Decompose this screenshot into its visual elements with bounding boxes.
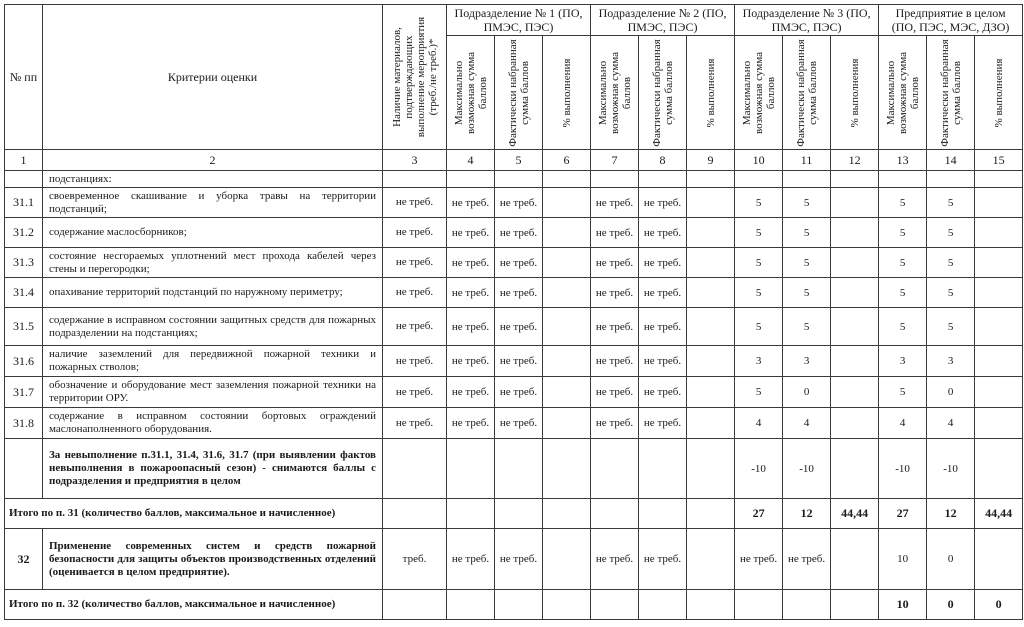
score-cell: -10: [927, 439, 975, 499]
total-cell: 10: [879, 590, 927, 620]
header-actual-score-text: Фактически набранная сумма баллов: [507, 39, 531, 147]
header-row-groups: № пп Критерии оценки Наличие материалов,…: [5, 5, 1023, 36]
materials-cell: не треб.: [383, 308, 447, 346]
total-cell: 0: [927, 590, 975, 620]
total-cell: [495, 590, 543, 620]
score-cell: не треб.: [591, 346, 639, 377]
score-cell: не треб.: [447, 408, 495, 439]
total-cell: [495, 499, 543, 529]
score-cell: 5: [879, 308, 927, 346]
score-cell: 3: [927, 346, 975, 377]
score-cell: 5: [735, 308, 783, 346]
score-cell: 5: [735, 218, 783, 248]
table-row: 31.4опахивание территорий подстанций по …: [5, 278, 1023, 308]
score-cell: не треб.: [447, 377, 495, 408]
score-cell: не треб.: [639, 278, 687, 308]
row-number: 31.4: [5, 278, 43, 308]
score-cell: [543, 248, 591, 278]
total-cell: [383, 590, 447, 620]
score-cell: [975, 346, 1023, 377]
total-cell: [543, 590, 591, 620]
score-cell: [831, 308, 879, 346]
score-cell: [543, 308, 591, 346]
score-cell: [687, 439, 735, 499]
header-actual-score-text: Фактически набранная сумма баллов: [939, 39, 963, 147]
score-cell: [543, 408, 591, 439]
score-cell: 5: [927, 218, 975, 248]
score-cell: [543, 188, 591, 218]
score-cell: 5: [927, 188, 975, 218]
score-cell: не треб.: [639, 346, 687, 377]
score-cell: 5: [783, 308, 831, 346]
score-cell: [975, 377, 1023, 408]
score-cell: не треб.: [591, 248, 639, 278]
score-cell: не треб.: [783, 529, 831, 590]
score-cell: не треб.: [639, 308, 687, 346]
column-number: 6: [543, 150, 591, 171]
score-cell: не треб.: [639, 248, 687, 278]
row-number: 31.7: [5, 377, 43, 408]
score-cell: не треб.: [639, 188, 687, 218]
table-row-32: 32Применение современных систем и средст…: [5, 529, 1023, 590]
score-cell: не треб.: [447, 308, 495, 346]
score-cell: [687, 248, 735, 278]
header-max-score-text: Максимально возможная сумма баллов: [885, 39, 921, 147]
header-percent-complete-text: % выполнения: [705, 39, 717, 147]
score-cell: не треб.: [591, 529, 639, 590]
total-32-row: Итого по п. 32 (количество баллов, макси…: [5, 590, 1023, 620]
header-g1-percent-complete: % выполнения: [543, 36, 591, 150]
score-cell: [687, 408, 735, 439]
criteria-text: состояние несгораемых уплотнений мест пр…: [43, 248, 383, 278]
row-number: 31.3: [5, 248, 43, 278]
criteria-text: Применение современных систем и средств …: [43, 529, 383, 590]
criteria-text: содержание маслосборников;: [43, 218, 383, 248]
header-percent-complete-text: % выполнения: [561, 39, 573, 147]
score-cell: [687, 377, 735, 408]
header-g1-actual-score: Фактически набранная сумма баллов: [495, 36, 543, 150]
score-cell: 5: [927, 248, 975, 278]
score-cell: не треб.: [447, 346, 495, 377]
total-cell: [591, 499, 639, 529]
header-max-score-text: Максимально возможная сумма баллов: [453, 39, 489, 147]
total-cell: 0: [975, 590, 1023, 620]
score-cell: [495, 171, 543, 188]
header-g2-actual-score: Фактически набранная сумма баллов: [639, 36, 687, 150]
score-cell: [831, 278, 879, 308]
score-cell: [687, 188, 735, 218]
total-cell: [639, 499, 687, 529]
column-number: 11: [783, 150, 831, 171]
header-g4-actual-score: Фактически набранная сумма баллов: [927, 36, 975, 150]
column-number: 3: [383, 150, 447, 171]
materials-cell: не треб.: [383, 408, 447, 439]
materials-cell: не треб.: [383, 248, 447, 278]
total-cell: 27: [879, 499, 927, 529]
score-cell: [831, 529, 879, 590]
score-cell: не треб.: [495, 278, 543, 308]
score-cell: [831, 218, 879, 248]
score-cell: не треб.: [447, 218, 495, 248]
header-g3-max-score: Максимально возможная сумма баллов: [735, 36, 783, 150]
score-cell: 5: [879, 248, 927, 278]
score-cell: не треб.: [495, 408, 543, 439]
score-cell: не треб.: [591, 308, 639, 346]
column-numbers-row: 123456789101112131415: [5, 150, 1023, 171]
materials-cell: не треб.: [383, 346, 447, 377]
score-cell: 4: [879, 408, 927, 439]
materials-cell: не треб.: [383, 377, 447, 408]
criteria-text: За невыполнение п.31.1, 31.4, 31.6, 31.7…: [43, 439, 383, 499]
score-cell: [831, 188, 879, 218]
materials-cell: [383, 171, 447, 188]
score-cell: 4: [735, 408, 783, 439]
criteria-text: содержание в исправном состоянии бортовы…: [43, 408, 383, 439]
score-cell: [879, 171, 927, 188]
score-cell: не треб.: [495, 188, 543, 218]
score-cell: [543, 278, 591, 308]
header-col-no: № пп: [5, 5, 43, 150]
total-cell: [639, 590, 687, 620]
total-cell: [447, 499, 495, 529]
score-cell: [687, 308, 735, 346]
score-cell: [927, 171, 975, 188]
criteria-text: своевременное скашивание и уборка травы …: [43, 188, 383, 218]
score-cell: не треб.: [639, 377, 687, 408]
score-cell: 5: [783, 218, 831, 248]
score-cell: [687, 529, 735, 590]
row-number: 31.6: [5, 346, 43, 377]
materials-cell: [383, 439, 447, 499]
row-number: 32: [5, 529, 43, 590]
total-cell: [543, 499, 591, 529]
score-cell: [975, 308, 1023, 346]
score-cell: [831, 408, 879, 439]
score-cell: не треб.: [591, 408, 639, 439]
column-number: 1: [5, 150, 43, 171]
total-cell: [735, 590, 783, 620]
header-percent-complete-text: % выполнения: [849, 39, 861, 147]
criteria-text: обозначение и оборудование мест заземлен…: [43, 377, 383, 408]
column-number: 8: [639, 150, 687, 171]
table-row: 31.8содержание в исправном состоянии бор…: [5, 408, 1023, 439]
header-g3-percent-complete: % выполнения: [831, 36, 879, 150]
score-cell: 5: [879, 377, 927, 408]
header-g3-actual-score: Фактически набранная сумма баллов: [783, 36, 831, 150]
header-g4-max-score: Максимально возможная сумма баллов: [879, 36, 927, 150]
score-cell: [735, 171, 783, 188]
header-col-criteria: Критерии оценки: [43, 5, 383, 150]
score-cell: [975, 248, 1023, 278]
score-cell: не треб.: [495, 377, 543, 408]
score-cell: не треб.: [639, 408, 687, 439]
score-cell: [543, 439, 591, 499]
score-cell: [447, 171, 495, 188]
score-cell: не треб.: [735, 529, 783, 590]
score-cell: -10: [783, 439, 831, 499]
score-cell: [687, 346, 735, 377]
score-cell: 5: [735, 278, 783, 308]
score-cell: 5: [783, 188, 831, 218]
criteria-text: наличие заземлений для передвижной пожар…: [43, 346, 383, 377]
score-cell: 4: [927, 408, 975, 439]
total-cell: 44,44: [975, 499, 1023, 529]
total-cell: [831, 590, 879, 620]
total-label: Итого по п. 31 (количество баллов, макси…: [5, 499, 383, 529]
header-g2-max-score: Максимально возможная сумма баллов: [591, 36, 639, 150]
score-cell: 5: [927, 278, 975, 308]
header-group-2: Подразделение № 2 (ПО, ПМЭС, ПЭС): [591, 5, 735, 36]
column-number: 4: [447, 150, 495, 171]
evaluation-table: № пп Критерии оценки Наличие материалов,…: [4, 4, 1023, 620]
column-number: 9: [687, 150, 735, 171]
score-cell: 5: [879, 278, 927, 308]
score-cell: [543, 171, 591, 188]
materials-cell: не треб.: [383, 188, 447, 218]
table-row: подстанциях:: [5, 171, 1023, 188]
table-row: 31.2содержание маслосборников;не треб.не…: [5, 218, 1023, 248]
score-cell: [831, 439, 879, 499]
column-number: 14: [927, 150, 975, 171]
score-cell: [975, 529, 1023, 590]
score-cell: не треб.: [447, 529, 495, 590]
score-cell: 5: [735, 248, 783, 278]
score-cell: 5: [879, 188, 927, 218]
table-row: 31.6наличие заземлений для передвижной п…: [5, 346, 1023, 377]
score-cell: [543, 346, 591, 377]
score-cell: [543, 377, 591, 408]
total-31-row: Итого по п. 31 (количество баллов, макси…: [5, 499, 1023, 529]
total-cell: 44,44: [831, 499, 879, 529]
score-cell: [543, 529, 591, 590]
column-number: 15: [975, 150, 1023, 171]
score-cell: не треб.: [495, 218, 543, 248]
header-actual-score-text: Фактически набранная сумма баллов: [651, 39, 675, 147]
total-cell: [591, 590, 639, 620]
total-cell: 12: [927, 499, 975, 529]
score-cell: -10: [879, 439, 927, 499]
score-cell: [831, 377, 879, 408]
total-cell: [687, 590, 735, 620]
total-label: Итого по п. 32 (количество баллов, макси…: [5, 590, 383, 620]
score-cell: не треб.: [495, 308, 543, 346]
criteria-text: подстанциях:: [43, 171, 383, 188]
score-cell: не треб.: [495, 346, 543, 377]
header-max-score-text: Максимально возможная сумма баллов: [597, 39, 633, 147]
score-cell: не треб.: [495, 248, 543, 278]
column-number: 12: [831, 150, 879, 171]
score-cell: [831, 171, 879, 188]
score-cell: [687, 218, 735, 248]
score-cell: 5: [927, 308, 975, 346]
score-cell: 0: [927, 377, 975, 408]
total-cell: [687, 499, 735, 529]
header-max-score-text: Максимально возможная сумма баллов: [741, 39, 777, 147]
header-group-3: Подразделение № 3 (ПО, ПМЭС, ПЭС): [735, 5, 879, 36]
score-cell: 10: [879, 529, 927, 590]
score-cell: [495, 439, 543, 499]
score-cell: не треб.: [591, 377, 639, 408]
criteria-text: содержание в исправном состоянии защитны…: [43, 308, 383, 346]
row-number: [5, 439, 43, 499]
table-row: 31.3состояние несгораемых уплотнений мес…: [5, 248, 1023, 278]
score-cell: [975, 278, 1023, 308]
score-cell: 4: [783, 408, 831, 439]
score-cell: 3: [879, 346, 927, 377]
row-number: 31.2: [5, 218, 43, 248]
score-cell: [831, 248, 879, 278]
table-row: 31.5содержание в исправном состоянии защ…: [5, 308, 1023, 346]
header-col-materials: Наличие материалов, подтверждающих выпол…: [383, 5, 447, 150]
score-cell: -10: [735, 439, 783, 499]
score-cell: [591, 439, 639, 499]
score-cell: [975, 171, 1023, 188]
score-cell: [975, 188, 1023, 218]
score-cell: 5: [735, 377, 783, 408]
row-number: [5, 171, 43, 188]
score-cell: не треб.: [591, 188, 639, 218]
column-number: 5: [495, 150, 543, 171]
score-cell: [687, 278, 735, 308]
score-cell: [591, 171, 639, 188]
score-cell: [975, 408, 1023, 439]
header-g2-percent-complete: % выполнения: [687, 36, 735, 150]
score-cell: 3: [783, 346, 831, 377]
score-cell: [447, 439, 495, 499]
score-cell: [975, 439, 1023, 499]
score-cell: 3: [735, 346, 783, 377]
table-row: 31.7обозначение и оборудование мест зазе…: [5, 377, 1023, 408]
total-cell: [447, 590, 495, 620]
column-number: 7: [591, 150, 639, 171]
score-cell: [639, 439, 687, 499]
total-cell: 27: [735, 499, 783, 529]
score-cell: не треб.: [639, 529, 687, 590]
header-g4-percent-complete: % выполнения: [975, 36, 1023, 150]
score-cell: не треб.: [495, 529, 543, 590]
score-cell: 5: [783, 248, 831, 278]
total-cell: [783, 590, 831, 620]
criteria-text: опахивание территорий подстанций по нару…: [43, 278, 383, 308]
score-cell: не треб.: [447, 248, 495, 278]
header-g1-max-score: Максимально возможная сумма баллов: [447, 36, 495, 150]
header-col-materials-text: Наличие материалов, подтверждающих выпол…: [391, 7, 439, 147]
score-cell: не треб.: [639, 218, 687, 248]
row-number: 31.1: [5, 188, 43, 218]
score-cell: 5: [735, 188, 783, 218]
score-cell: [543, 218, 591, 248]
score-cell: [639, 171, 687, 188]
score-cell: [831, 346, 879, 377]
score-cell: 0: [927, 529, 975, 590]
header-percent-complete-text: % выполнения: [993, 39, 1005, 147]
header-group-enterprise: Предприятие в целом (ПО, ПЭС, МЭС, ДЗО): [879, 5, 1023, 36]
score-cell: не треб.: [591, 218, 639, 248]
score-cell: не треб.: [447, 278, 495, 308]
row-number: 31.5: [5, 308, 43, 346]
score-cell: не треб.: [447, 188, 495, 218]
score-cell: [783, 171, 831, 188]
column-number: 10: [735, 150, 783, 171]
total-cell: 12: [783, 499, 831, 529]
score-cell: [975, 218, 1023, 248]
score-cell: 0: [783, 377, 831, 408]
column-number: 2: [43, 150, 383, 171]
row-number: 31.8: [5, 408, 43, 439]
score-cell: [687, 171, 735, 188]
materials-cell: треб.: [383, 529, 447, 590]
score-cell: не треб.: [591, 278, 639, 308]
materials-cell: не треб.: [383, 278, 447, 308]
score-cell: 5: [783, 278, 831, 308]
column-number: 13: [879, 150, 927, 171]
table-row: 31.1своевременное скашивание и уборка тр…: [5, 188, 1023, 218]
header-group-1: Подразделение № 1 (ПО, ПМЭС, ПЭС): [447, 5, 591, 36]
header-actual-score-text: Фактически набранная сумма баллов: [795, 39, 819, 147]
materials-cell: не треб.: [383, 218, 447, 248]
total-cell: [383, 499, 447, 529]
score-cell: 5: [879, 218, 927, 248]
table-row: За невыполнение п.31.1, 31.4, 31.6, 31.7…: [5, 439, 1023, 499]
